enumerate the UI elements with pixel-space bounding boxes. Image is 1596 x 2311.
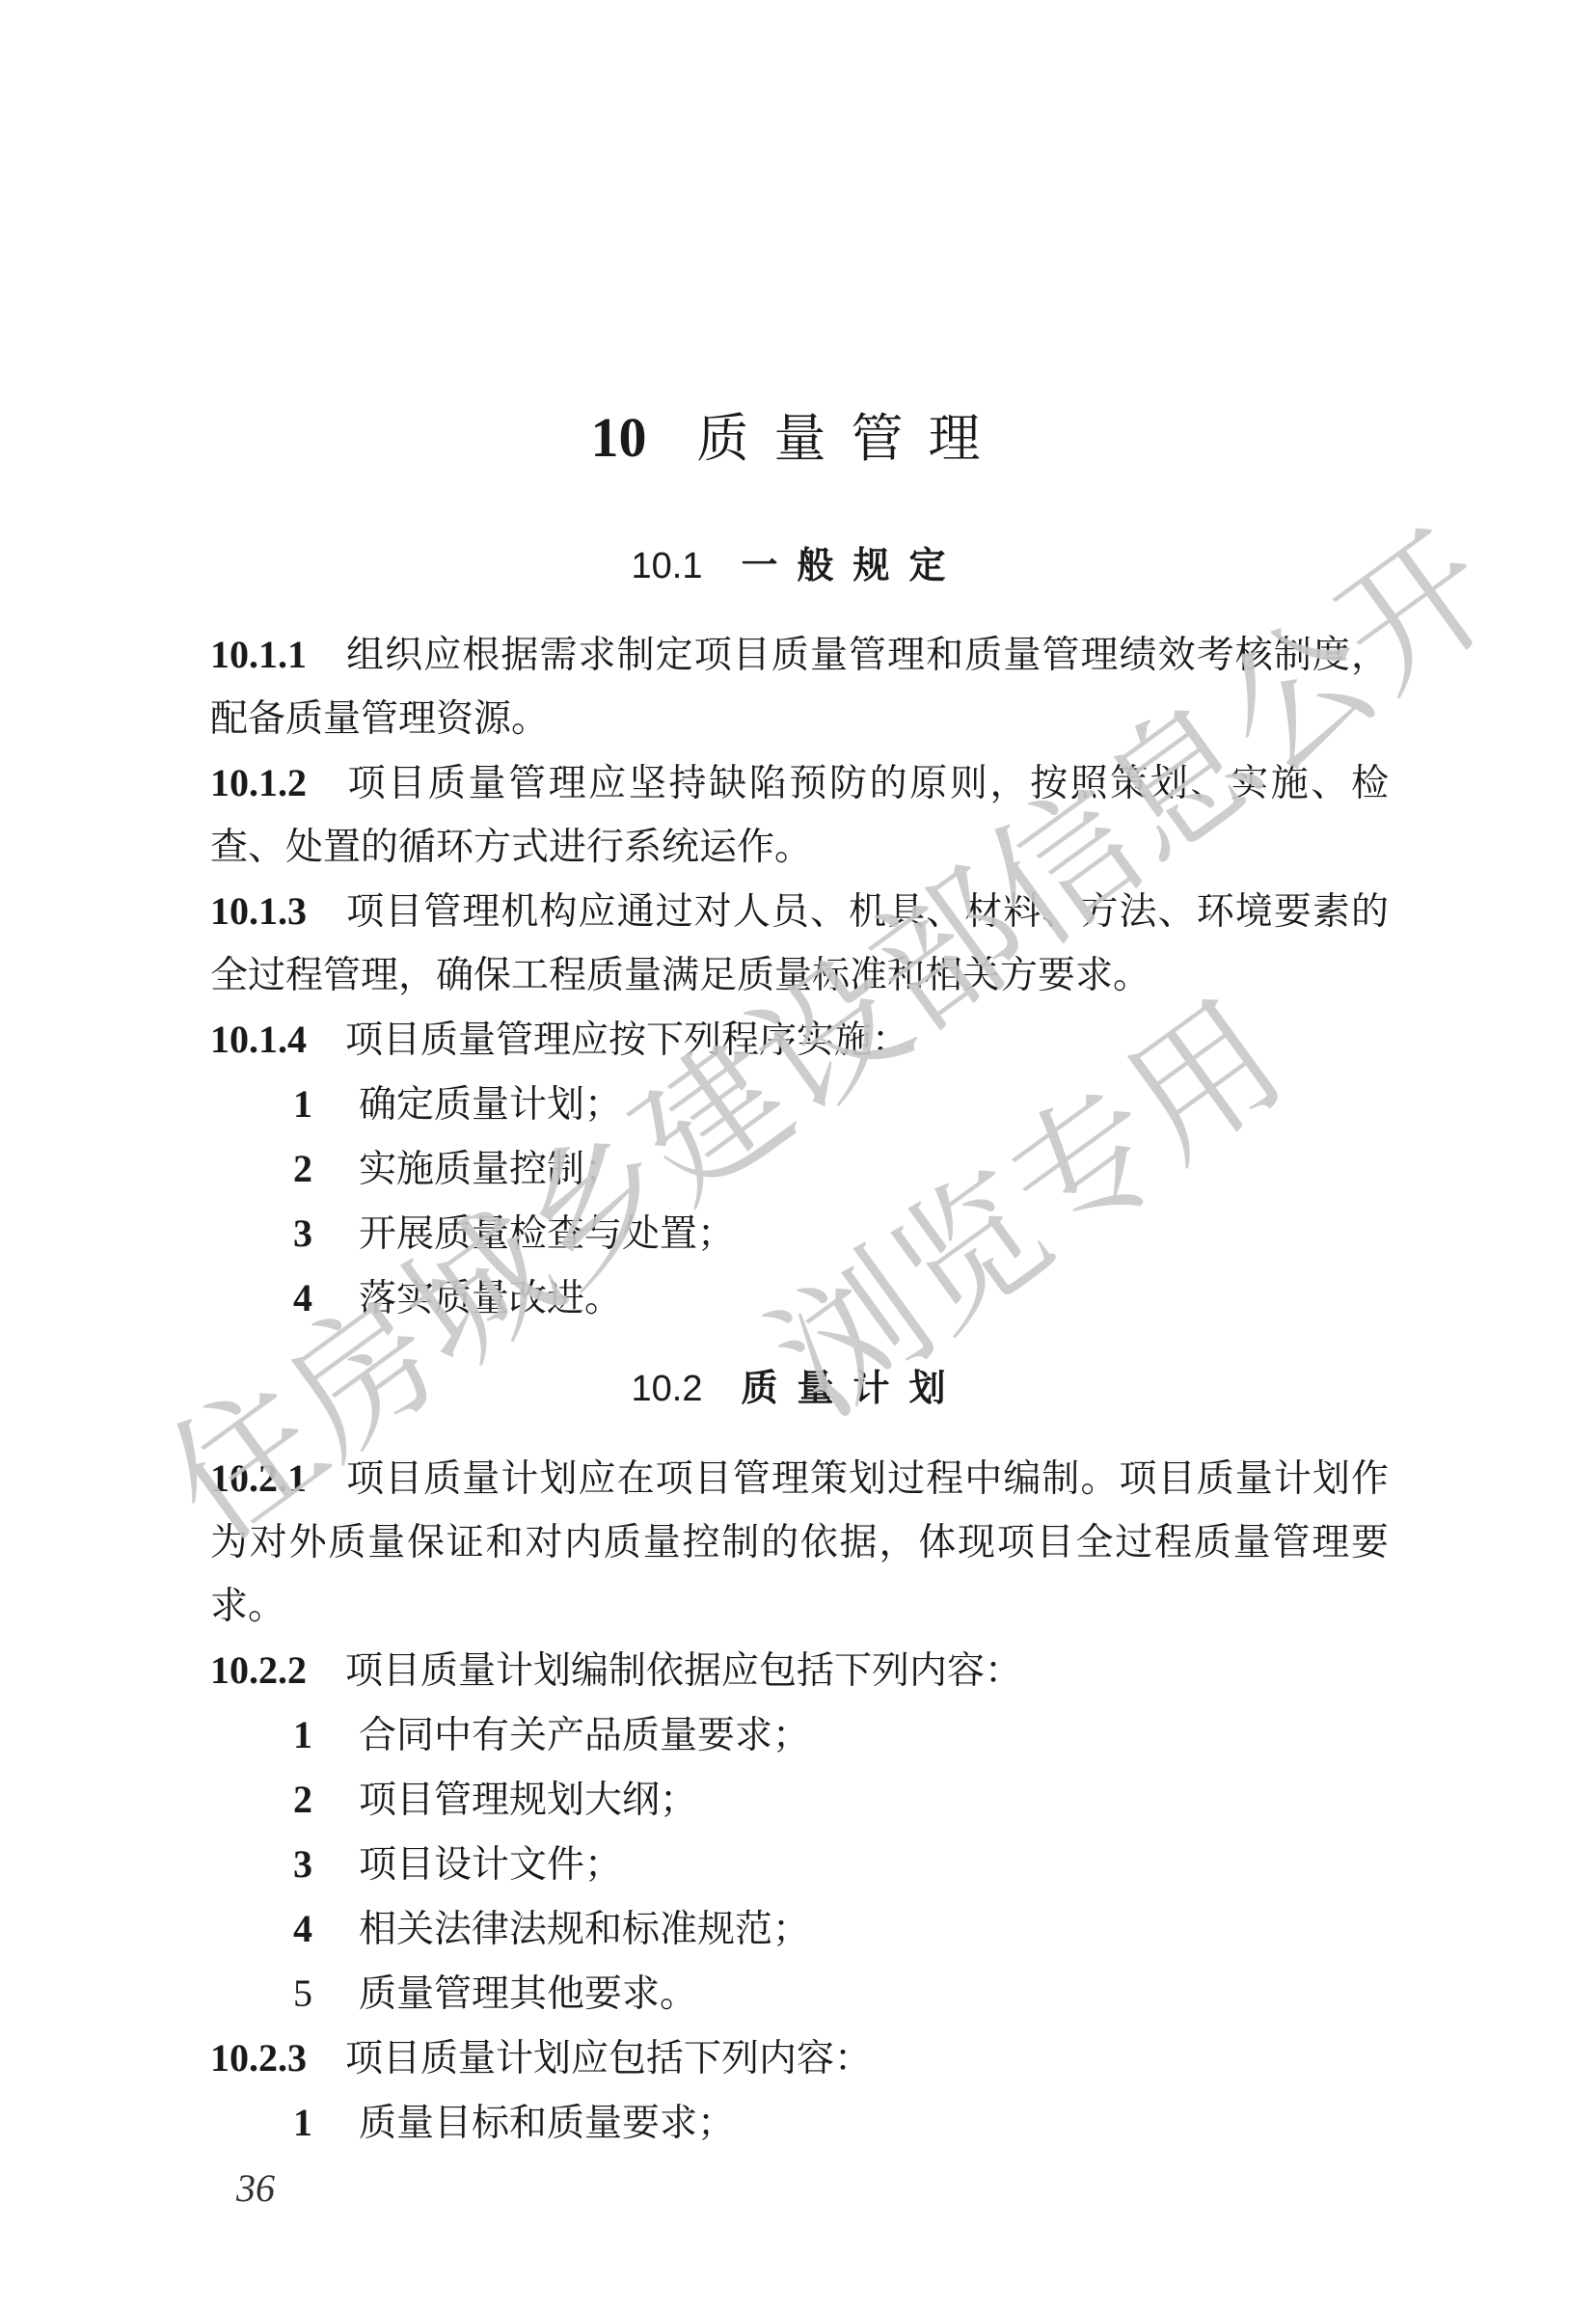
list-item: 2项目管理规划大纲； [210,1768,1389,1833]
list-item: 1合同中有关产品质量要求； [210,1703,1389,1768]
clause-number: 10.2.2 [210,1648,307,1692]
list-item: 4落实质量改进。 [210,1266,1389,1331]
clause-10-1-3: 10.1.3项目管理机构应通过对人员、机具、材料、方法、环境要素的全过程管理，确… [210,880,1389,1008]
section-number: 10.1 [632,546,703,586]
item-text: 落实质量改进。 [359,1277,622,1320]
section-number: 10.2 [632,1369,703,1409]
clause-text: 项目质量计划应包括下列内容： [345,2037,872,2080]
item-number: 3 [293,1202,359,1265]
clause-number: 10.2.3 [210,2036,307,2080]
item-number: 4 [293,1266,359,1330]
list-item: 2实施质量控制； [210,1137,1389,1202]
clause-number: 10.1.3 [210,889,307,933]
list-item: 1质量目标和质量要求； [210,2091,1389,2156]
chapter-number: 10 [591,406,647,469]
item-number: 4 [293,1897,359,1961]
item-number: 1 [293,1703,359,1767]
section-title-text: 质量计划 [741,1367,964,1409]
list-item: 5质量管理其他要求。 [210,1962,1389,2026]
section-title-text: 一般规定 [741,544,964,586]
clause-number: 10.1.1 [210,633,307,676]
item-number: 1 [293,2091,359,2155]
clause-10-1-2: 10.1.2项目质量管理应坚持缺陷预防的原则，按照策划、实施、检查、处置的循环方… [210,751,1389,880]
clause-number: 10.1.4 [210,1018,307,1061]
item-text: 合同中有关产品质量要求； [359,1714,810,1757]
clause-10-2-3: 10.2.3项目质量计划应包括下列内容： [210,2026,1389,2091]
item-text: 项目管理规划大纲； [359,1779,697,1822]
clause-10-2-1: 10.2.1项目质量计划应在项目管理策划过程中编制。项目质量计划作为对外质量保证… [210,1447,1389,1639]
clause-number: 10.1.2 [210,761,307,804]
clause-text: 项目管理机构应通过对人员、机具、材料、方法、环境要素的全过程管理，确保工程质量满… [210,890,1389,997]
clause-number: 10.2.1 [210,1456,307,1500]
clause-10-1-4: 10.1.4项目质量管理应按下列程序实施： [210,1008,1389,1073]
list-item: 1确定质量计划； [210,1073,1389,1137]
item-number: 2 [293,1768,359,1832]
clause-text: 项目质量管理应坚持缺陷预防的原则，按照策划、实施、检查、处置的循环方式进行系统运… [210,762,1389,869]
item-number: 5 [293,1962,359,2026]
list-item: 3开展质量检查与处置； [210,1202,1389,1266]
item-text: 开展质量检查与处置； [359,1212,735,1256]
item-number: 1 [293,1073,359,1136]
section-title-10-2: 10.2质量计划 [0,1358,1596,1411]
clause-text: 项目质量管理应按下列程序实施： [345,1019,909,1062]
chapter-title-text: 质量管理 [697,408,1006,469]
chapter-title: 10质量管理 [0,397,1596,472]
item-text: 实施质量控制； [359,1148,622,1191]
list-item: 4相关法律法规和标准规范； [210,1897,1389,1962]
item-text: 质量管理其他要求。 [359,1972,697,2016]
clause-text: 项目质量计划编制依据应包括下列内容： [345,1649,1022,1693]
clause-10-1-1: 10.1.1组织应根据需求制定项目质量管理和质量管理绩效考核制度，配备质量管理资… [210,623,1389,751]
item-text: 确定质量计划； [359,1083,622,1127]
clause-10-2-2: 10.2.2项目质量计划编制依据应包括下列内容： [210,1639,1389,1703]
page-number: 36 [236,2165,275,2211]
item-text: 质量目标和质量要求； [359,2102,735,2145]
list-item: 3项目设计文件； [210,1833,1389,1897]
document-page: 10质量管理 10.1一般规定 10.1.1组织应根据需求制定项目质量管理和质量… [0,0,1596,2311]
section-title-10-1: 10.1一般规定 [0,535,1596,588]
clause-text: 组织应根据需求制定项目质量管理和质量管理绩效考核制度，配备质量管理资源。 [210,634,1389,741]
item-number: 2 [293,1137,359,1201]
clause-text: 项目质量计划应在项目管理策划过程中编制。项目质量计划作为对外质量保证和对内质量控… [210,1457,1389,1628]
item-text: 项目设计文件； [359,1843,622,1887]
item-number: 3 [293,1833,359,1896]
item-text: 相关法律法规和标准规范； [359,1908,810,1951]
